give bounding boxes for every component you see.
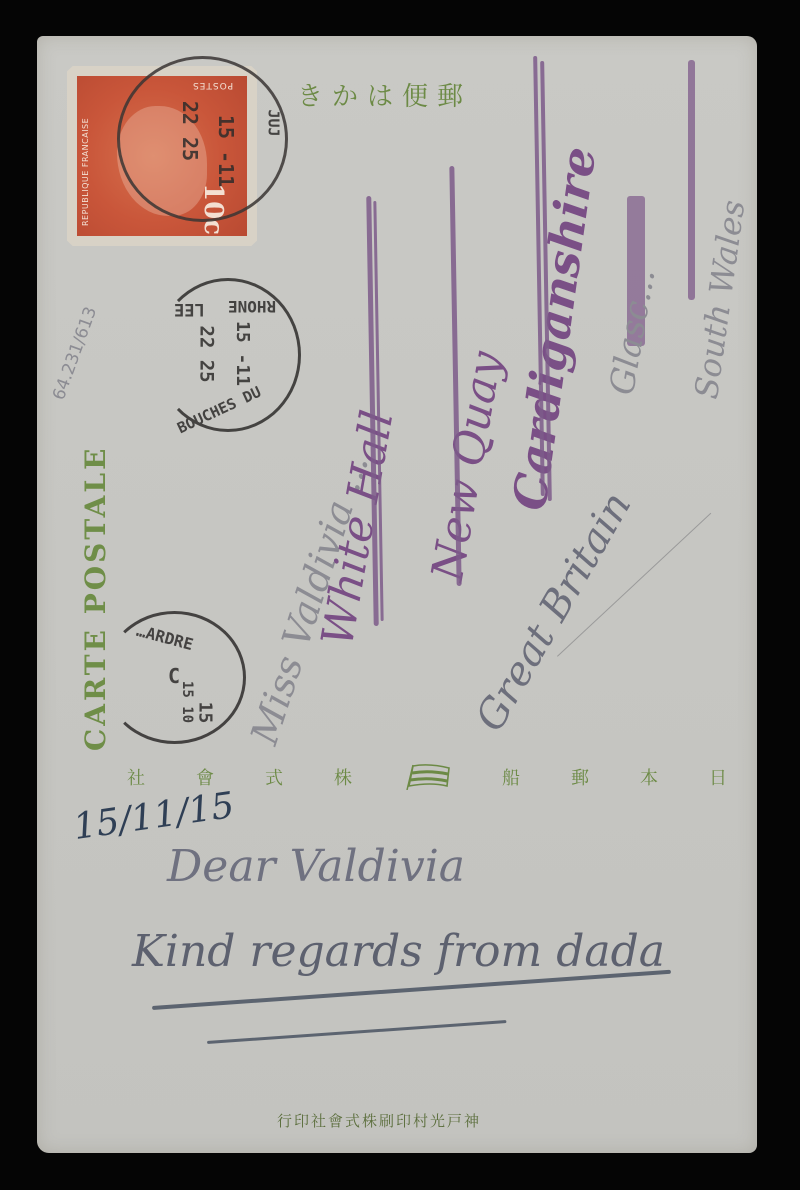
company-char: 會	[196, 764, 214, 790]
flag-icon	[403, 764, 451, 790]
underline-stroke	[207, 1020, 506, 1044]
postmark-bouches-du-rhone: LEE RHONE 22 25 15 -11 BOUCHES DU	[155, 278, 301, 432]
readdress-line-3: Cardiganshire	[502, 144, 606, 514]
company-char: 本	[640, 764, 658, 790]
company-char: 式	[265, 764, 283, 790]
postmark-arrival: …ARDRE C 15 10 15	[103, 611, 246, 744]
company-char: 日	[709, 764, 727, 790]
message-body: Kind regards from dada	[132, 926, 665, 977]
postmark-stamp-cancel: 22 25 15 -11 JUJ	[117, 56, 288, 222]
address-right-1: Glasc...	[602, 266, 663, 398]
address-line-country: Great Britain	[467, 485, 640, 739]
postcard: 64.231/613 REPUBLIQUE FRANCAISE POSTES 1…	[37, 36, 757, 1153]
stamp-country: REPUBLIQUE FRANCAISE	[81, 118, 90, 226]
printer-line: 神戸光村印刷株式會社印行	[277, 1110, 481, 1131]
strike-line	[688, 60, 695, 300]
company-char: 株	[334, 764, 352, 790]
company-char: 郵	[571, 764, 589, 790]
message-date: 15/11/15	[71, 785, 237, 848]
message-greeting: Dear Valdivia	[167, 841, 465, 892]
carte-postale-title: CARTE POSTALE	[79, 446, 112, 751]
japanese-header: 郵便はかき	[297, 76, 472, 113]
readdress-line-2: New Quay	[422, 348, 512, 585]
company-char: 社	[127, 764, 145, 790]
catalog-number: 64.231/613	[49, 304, 101, 403]
address-right-2: South Wales	[687, 198, 752, 402]
company-char: 船	[502, 764, 520, 790]
